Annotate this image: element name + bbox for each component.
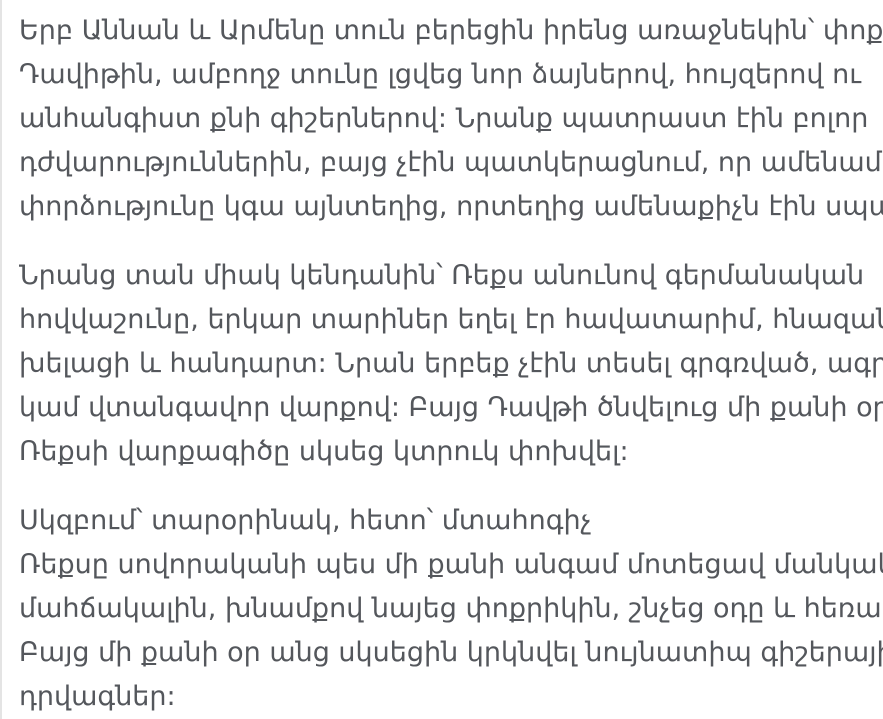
text-line: դրվագներ: [19, 675, 873, 719]
text-line: խելացի և հանդարտ: Նրան երբեք չէին տեսել … [19, 342, 873, 386]
text-line: Նրանց տան միակ կենդանին՝ Ռեքս անունով գե… [19, 254, 873, 298]
text-line: Դավիթին, ամբողջ տունը լցվեց նոր ձայներով… [19, 53, 873, 97]
text-line: հովվաշունը, երկար տարիներ եղել էր հավատա… [19, 298, 873, 342]
text-line: մահճակալին, խնամքով նայեց փոքրիկին, շնչե… [19, 587, 873, 631]
text-line: Սկզբում՝ տարօրինակ, հետո՝ մտահոգիչ [19, 499, 873, 543]
text-line: կամ վտանգավոր վարքով: Բայց Դավթի ծնվելու… [19, 386, 873, 430]
paragraph-intro: Երբ Աննան և Արմենը տուն բերեցին իրենց առ… [19, 9, 873, 229]
document-page: Երբ Աննան և Արմենը տուն բերեցին իրենց առ… [0, 0, 883, 719]
text-line: անհանգիստ քնի գիշերներով: Նրանք պատրաստ … [19, 97, 873, 141]
text-line: Բայց մի քանի օր անց սկսեցին կրկնվել նույ… [19, 631, 873, 675]
text-line: դժվարություններին, բայց չէին պատկերացնու… [19, 141, 873, 185]
story-text: Երբ Աննան և Արմենը տուն բերեցին իրենց առ… [2, 0, 883, 719]
paragraph-dog: Նրանց տան միակ կենդանին՝ Ռեքս անունով գե… [19, 254, 873, 474]
text-line: փորձությունը կգա այնտեղից, որտեղից ամենա… [19, 185, 873, 229]
text-line: Երբ Աննան և Արմենը տուն բերեցին իրենց առ… [19, 9, 873, 53]
paragraph-behavior: Սկզբում՝ տարօրինակ, հետո՝ մտահոգիչ Ռեքսը… [19, 499, 873, 719]
text-line: Ռեքսի վարքագիծը սկսեց կտրուկ փոխվել: [19, 430, 873, 474]
text-line: Ռեքսը սովորականի պես մի քանի անգամ մոտեց… [19, 543, 873, 587]
